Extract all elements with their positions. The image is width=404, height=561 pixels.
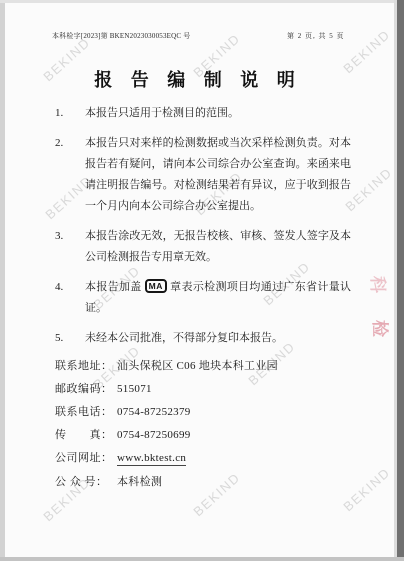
item-text: 未经本公司批准，不得部分复印本报告。	[85, 328, 351, 349]
item-text: 本报告加盖MA章表示检测项目均通过广东省计量认证。	[85, 277, 351, 319]
contact-row-postcode: 邮政编码： 515071	[55, 383, 355, 396]
contact-value: 0754-87250699	[117, 429, 191, 442]
company-website-url: www.bktest.cn	[117, 452, 186, 466]
item-text: 本报告只适用于检测目的范围。	[85, 103, 351, 124]
list-item: 2. 本报告只对来样的检测数据或当次采样检测负责。对本报告若有疑问，请向本公司综…	[55, 133, 351, 217]
red-seal-fragment: 科	[367, 276, 392, 293]
item-text: 本报告只对来样的检测数据或当次采样检测负责。对本报告若有疑问，请向本公司综合办公…	[85, 133, 351, 217]
report-number: 本科检字[2023]第 BKEN2023030053EQC 号	[52, 31, 190, 41]
red-seal-fragment: 检	[369, 320, 394, 337]
item-text-before: 本报告加盖	[85, 281, 142, 293]
contact-row-wechat: 公 众 号： 本科检测	[55, 476, 355, 489]
notes-list: 1. 本报告只适用于检测目的范围。 2. 本报告只对来样的检测数据或当次采样检测…	[55, 103, 351, 358]
contact-label: 联系电话：	[55, 406, 117, 419]
contact-row-website: 公司网址： www.bktest.cn	[55, 452, 355, 466]
item-number: 5.	[55, 328, 85, 349]
page-title: 报 告 编 制 说 明	[0, 66, 396, 92]
contact-label: 邮政编码：	[55, 383, 117, 396]
item-number: 4.	[55, 277, 85, 319]
cma-accreditation-icon: MA	[145, 279, 167, 293]
contact-label: 联系地址：	[55, 360, 117, 373]
contact-row-address: 联系地址： 汕头保税区 C06 地块本科工业园	[55, 360, 355, 373]
contact-value: 本科检测	[117, 476, 162, 489]
page-indicator: 第 2 页, 共 5 页	[287, 31, 345, 41]
contact-label: 公司网址：	[55, 452, 117, 466]
scan-edge-left	[0, 0, 5, 561]
contact-row-fax: 传 真： 0754-87250699	[55, 429, 355, 442]
contact-row-phone: 联系电话： 0754-87252379	[55, 406, 355, 419]
list-item: 3. 本报告涂改无效，无报告校核、审核、签发人签字及本公司检测报告专用章无效。	[55, 226, 351, 268]
contact-label: 传 真：	[55, 429, 117, 442]
contact-value: 0754-87252379	[117, 406, 191, 419]
list-item: 4. 本报告加盖MA章表示检测项目均通过广东省计量认证。	[55, 277, 351, 319]
item-number: 3.	[55, 226, 85, 268]
contact-value: 515071	[117, 383, 152, 396]
contact-block: 联系地址： 汕头保税区 C06 地块本科工业园 邮政编码： 515071 联系电…	[55, 360, 355, 499]
contact-label: 公 众 号：	[55, 476, 117, 489]
list-item: 5. 未经本公司批准，不得部分复印本报告。	[55, 328, 351, 349]
scanned-report-page: BEKINDBEKINDBEKINDBEKINDBEKINDBEKINDBEKI…	[0, 0, 404, 561]
item-number: 1.	[55, 103, 85, 124]
contact-value: 汕头保税区 C06 地块本科工业园	[117, 360, 278, 373]
list-item: 1. 本报告只适用于检测目的范围。	[55, 103, 351, 124]
item-text: 本报告涂改无效，无报告校核、审核、签发人签字及本公司检测报告专用章无效。	[85, 226, 351, 268]
scan-edge-bottom	[0, 557, 404, 561]
scan-edge-top	[0, 0, 404, 3]
scan-edge-right	[397, 0, 404, 561]
item-number: 2.	[55, 133, 85, 217]
